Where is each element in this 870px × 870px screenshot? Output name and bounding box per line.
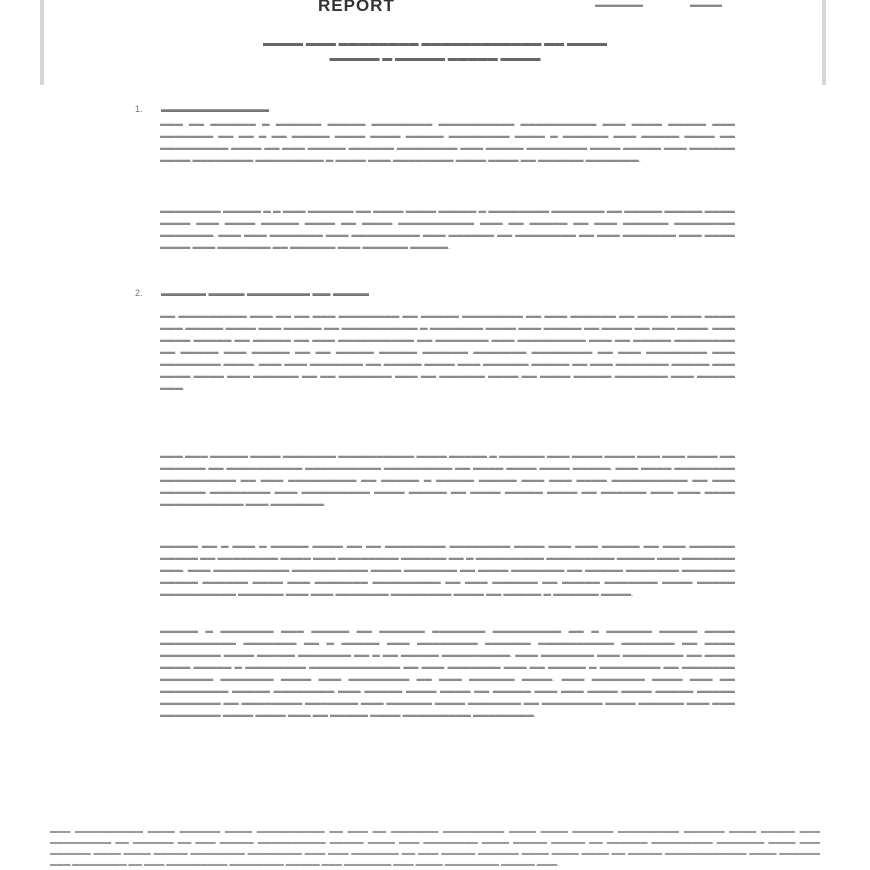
paragraph-4: ▬▬▬ ▬▬▬ ▬▬▬▬▬ ▬▬▬▬ ▬▬▬▬▬▬▬ ▬▬▬▬▬▬▬▬▬▬ ▬▬… bbox=[160, 450, 735, 510]
header-meta-right: ▬▬▬▬ bbox=[690, 0, 722, 9]
section-title: ▬▬▬▬▬ ▬▬▬▬ ▬▬▬▬▬▬▬ ▬▬ ▬▬▬▬ bbox=[161, 288, 369, 298]
section-heading-1: 1.▬▬▬▬▬▬▬▬▬▬▬▬ bbox=[135, 104, 269, 114]
document-title: ▬▬▬▬ ▬▬▬ ▬▬▬▬▬▬▬▬ ▬▬▬▬▬▬▬▬▬▬▬▬ ▬▬ ▬▬▬▬ ▬… bbox=[0, 36, 870, 66]
report-header: REPORT bbox=[318, 0, 395, 16]
section-number: 2. bbox=[135, 288, 161, 298]
section-title: ▬▬▬▬▬▬▬▬▬▬▬▬ bbox=[161, 104, 269, 114]
section-number: 1. bbox=[135, 104, 161, 114]
title-line-1: ▬▬▬▬ ▬▬▬ ▬▬▬▬▬▬▬▬ ▬▬▬▬▬▬▬▬▬▬▬▬ ▬▬ ▬▬▬▬ bbox=[0, 36, 870, 51]
paragraph-1: ▬▬▬ ▬▬ ▬▬▬▬▬▬ ▬ ▬▬▬▬▬▬ ▬▬▬▬▬ ▬▬▬▬▬▬▬▬ ▬▬… bbox=[160, 118, 735, 166]
header-meta-left: ▬▬▬▬▬▬ bbox=[595, 0, 643, 9]
section-heading-2: 2.▬▬▬▬▬ ▬▬▬▬ ▬▬▬▬▬▬▬ ▬▬ ▬▬▬▬ bbox=[135, 288, 369, 298]
paragraph-2: ▬▬▬▬▬▬▬▬ ▬▬▬▬▬ ▬ ▬ ▬▬▬ ▬▬▬▬▬▬ ▬▬ ▬▬▬▬ ▬▬… bbox=[160, 205, 735, 253]
paragraph-5: ▬▬▬▬▬ ▬▬ ▬ ▬▬▬ ▬ ▬▬▬▬▬ ▬▬▬▬ ▬▬ ▬▬ ▬▬▬▬▬▬… bbox=[160, 540, 735, 600]
paragraph-6: ▬▬▬▬▬ ▬ ▬▬▬▬▬▬▬ ▬▬▬ ▬▬▬▬▬ ▬▬ ▬▬▬▬▬▬ ▬▬▬▬… bbox=[160, 625, 735, 721]
paragraph-3: ▬▬ ▬▬▬▬▬▬▬▬▬ ▬▬▬ ▬▬ ▬▬ ▬▬▬ ▬▬▬▬▬▬▬▬ ▬▬ ▬… bbox=[160, 310, 735, 394]
title-line-2: ▬▬▬▬▬ ▬ ▬▬▬▬▬ ▬▬▬▬▬ ▬▬▬▬ bbox=[0, 51, 870, 66]
footnote: ▬▬▬ ▬▬▬▬▬▬▬▬▬▬ ▬▬▬▬ ▬▬▬▬▬▬ ▬▬▬▬ ▬▬▬▬▬▬▬▬… bbox=[50, 826, 820, 870]
